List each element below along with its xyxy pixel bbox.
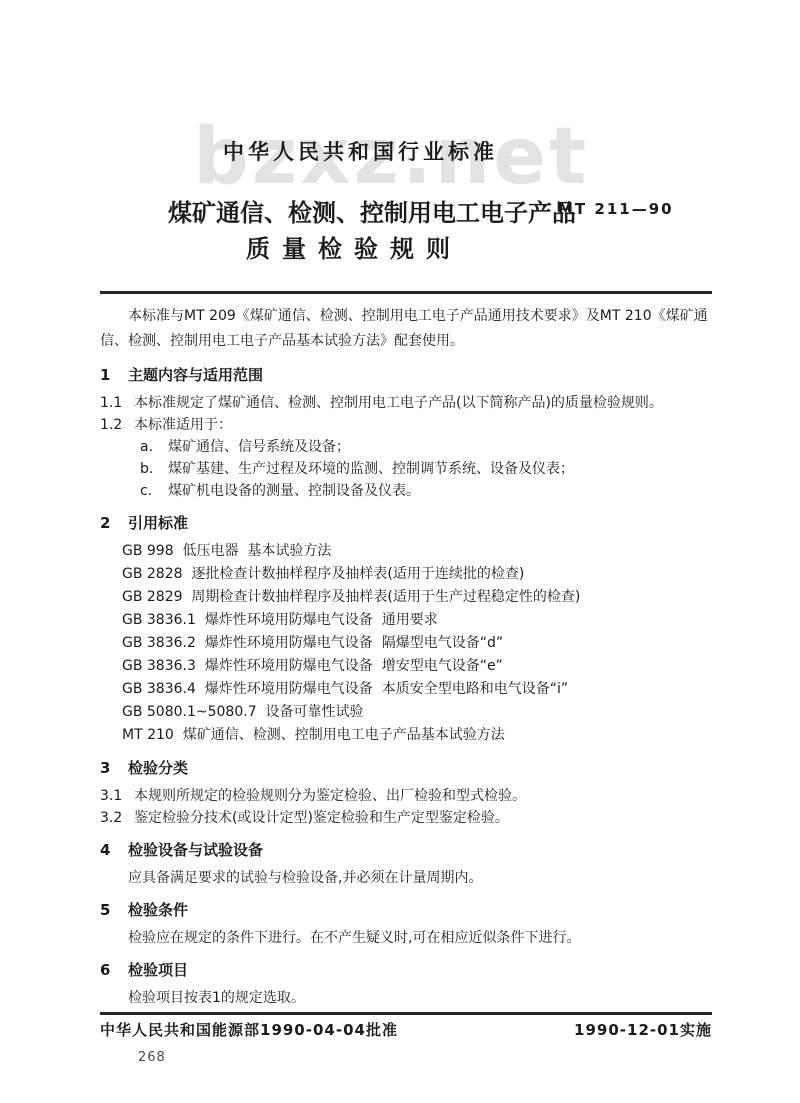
- section-5-body: 检验应在规定的条件下进行。在不产生疑义时,可在相应近似条件下进行。: [100, 927, 712, 949]
- list-item-a: a. 煤矿通信、信号系统及设备；: [140, 436, 712, 458]
- intro-paragraph: 本标准与MT 209《煤矿通信、检测、控制用电工电子产品通用技术要求》及MT 2…: [100, 304, 712, 354]
- list-item-a-text: 煤矿通信、信号系统及设备；: [168, 436, 350, 458]
- clause-3-1-label: 3.1: [100, 785, 134, 807]
- document-footer: 中华人民共和国能源部1990-04-04批准 1990-12-01实施: [100, 1019, 712, 1040]
- document-body: 本标准与MT 209《煤矿通信、检测、控制用电工电子产品通用技术要求》及MT 2…: [100, 304, 712, 1009]
- section-4-heading: 4 检验设备与试验设备: [100, 839, 712, 861]
- section-3-number: 3: [100, 757, 128, 779]
- clause-1-2-label: 1.2: [100, 414, 134, 436]
- section-2-title: 引用标准: [128, 512, 188, 534]
- document-title-line1: 煤矿通信、检测、控制用电工电子产品: [168, 193, 576, 228]
- reference-standard: MT 210 煤矿通信、检测、控制用电工电子产品基本试验方法: [122, 724, 712, 747]
- section-4-title: 检验设备与试验设备: [128, 839, 263, 861]
- clause-1-2: 1.2 本标准适用于：: [100, 414, 712, 436]
- reference-standard: GB 3836.2 爆炸性环境用防爆电气设备 隔爆型电气设备“d”: [122, 632, 712, 655]
- list-item-c: c. 煤矿机电设备的测量、控制设备及仪表。: [140, 480, 712, 502]
- clause-1-1: 1.1 本标准规定了煤矿通信、检测、控制用电工电子产品(以下简称产品)的质量检验…: [100, 392, 712, 414]
- section-1-number: 1: [100, 364, 128, 386]
- scanned-standard-page: bzxz.net 中华人民共和国行业标准 煤矿通信、检测、控制用电工电子产品 M…: [0, 0, 800, 1103]
- section-6-title: 检验项目: [128, 959, 188, 981]
- section-5-heading: 5 检验条件: [100, 899, 712, 921]
- section-6-heading: 6 检验项目: [100, 959, 712, 981]
- reference-standard: GB 2828 逐批检查计数抽样程序及抽样表(适用于连续批的检查): [122, 563, 712, 586]
- clause-3-2: 3.2 鉴定检验分技术(或设计定型)鉴定检验和生产定型鉴定检验。: [100, 807, 712, 829]
- header-divider-rule: [100, 291, 712, 294]
- reference-standard: GB 3836.3 爆炸性环境用防爆电气设备 增安型电气设备“e”: [122, 655, 712, 678]
- clause-1-1-text: 本标准规定了煤矿通信、检测、控制用电工电子产品(以下简称产品)的质量检验规则。: [134, 392, 663, 414]
- list-item-a-label: a.: [140, 436, 168, 458]
- reference-standard: GB 998 低压电器 基本试验方法: [122, 540, 712, 563]
- clause-3-2-label: 3.2: [100, 807, 134, 829]
- list-item-c-label: c.: [140, 480, 168, 502]
- section-1-title: 主题内容与适用范围: [128, 364, 263, 386]
- implementation-date: 1990-12-01实施: [574, 1019, 712, 1040]
- page-number: 268: [138, 1050, 166, 1065]
- clause-3-1-text: 本规则所规定的检验规则分为鉴定检验、出厂检验和型式检验。: [134, 785, 526, 807]
- reference-standard: GB 2829 周期检查计数抽样程序及抽样表(适用于生产过程稳定性的检查): [122, 586, 712, 609]
- footer-divider-rule: [100, 1012, 712, 1015]
- reference-standard: GB 3836.4 爆炸性环境用防爆电气设备 本质安全型电路和电气设备“i”: [122, 678, 712, 701]
- section-4-body: 应具备满足要求的试验与检验设备,并必须在计量周期内。: [100, 867, 712, 889]
- standard-number: MT 211—90: [558, 200, 674, 218]
- clause-3-1: 3.1 本规则所规定的检验规则分为鉴定检验、出厂检验和型式检验。: [100, 785, 712, 807]
- section-3-heading: 3 检验分类: [100, 757, 712, 779]
- reference-standard: GB 5080.1~5080.7 设备可靠性试验: [122, 701, 712, 724]
- list-item-b-text: 煤矿基建、生产过程及环境的监测、控制调节系统、设备及仪表；: [168, 458, 574, 480]
- clause-1-2-text: 本标准适用于：: [134, 414, 232, 436]
- section-6-body: 检验项目按表1的规定选取。: [100, 987, 712, 1009]
- section-2-heading: 2 引用标准: [100, 512, 712, 534]
- list-item-b-label: b.: [140, 458, 168, 480]
- section-6-number: 6: [100, 959, 128, 981]
- section-1-heading: 1 主题内容与适用范围: [100, 364, 712, 386]
- list-item-b: b. 煤矿基建、生产过程及环境的监测、控制调节系统、设备及仪表；: [140, 458, 712, 480]
- document-title-line2: 质量检验规则: [246, 229, 462, 264]
- list-item-c-text: 煤矿机电设备的测量、控制设备及仪表。: [168, 480, 420, 502]
- clause-1-1-label: 1.1: [100, 392, 134, 414]
- reference-standard: GB 3836.1 爆炸性环境用防爆电气设备 通用要求: [122, 609, 712, 632]
- clause-3-2-text: 鉴定检验分技术(或设计定型)鉴定检验和生产定型鉴定检验。: [134, 807, 509, 829]
- section-2-number: 2: [100, 512, 128, 534]
- approval-statement: 中华人民共和国能源部1990-04-04批准: [100, 1019, 398, 1040]
- section-3-title: 检验分类: [128, 757, 188, 779]
- section-5-title: 检验条件: [128, 899, 188, 921]
- section-4-number: 4: [100, 839, 128, 861]
- standard-type-heading: 中华人民共和国行业标准: [223, 136, 498, 166]
- section-5-number: 5: [100, 899, 128, 921]
